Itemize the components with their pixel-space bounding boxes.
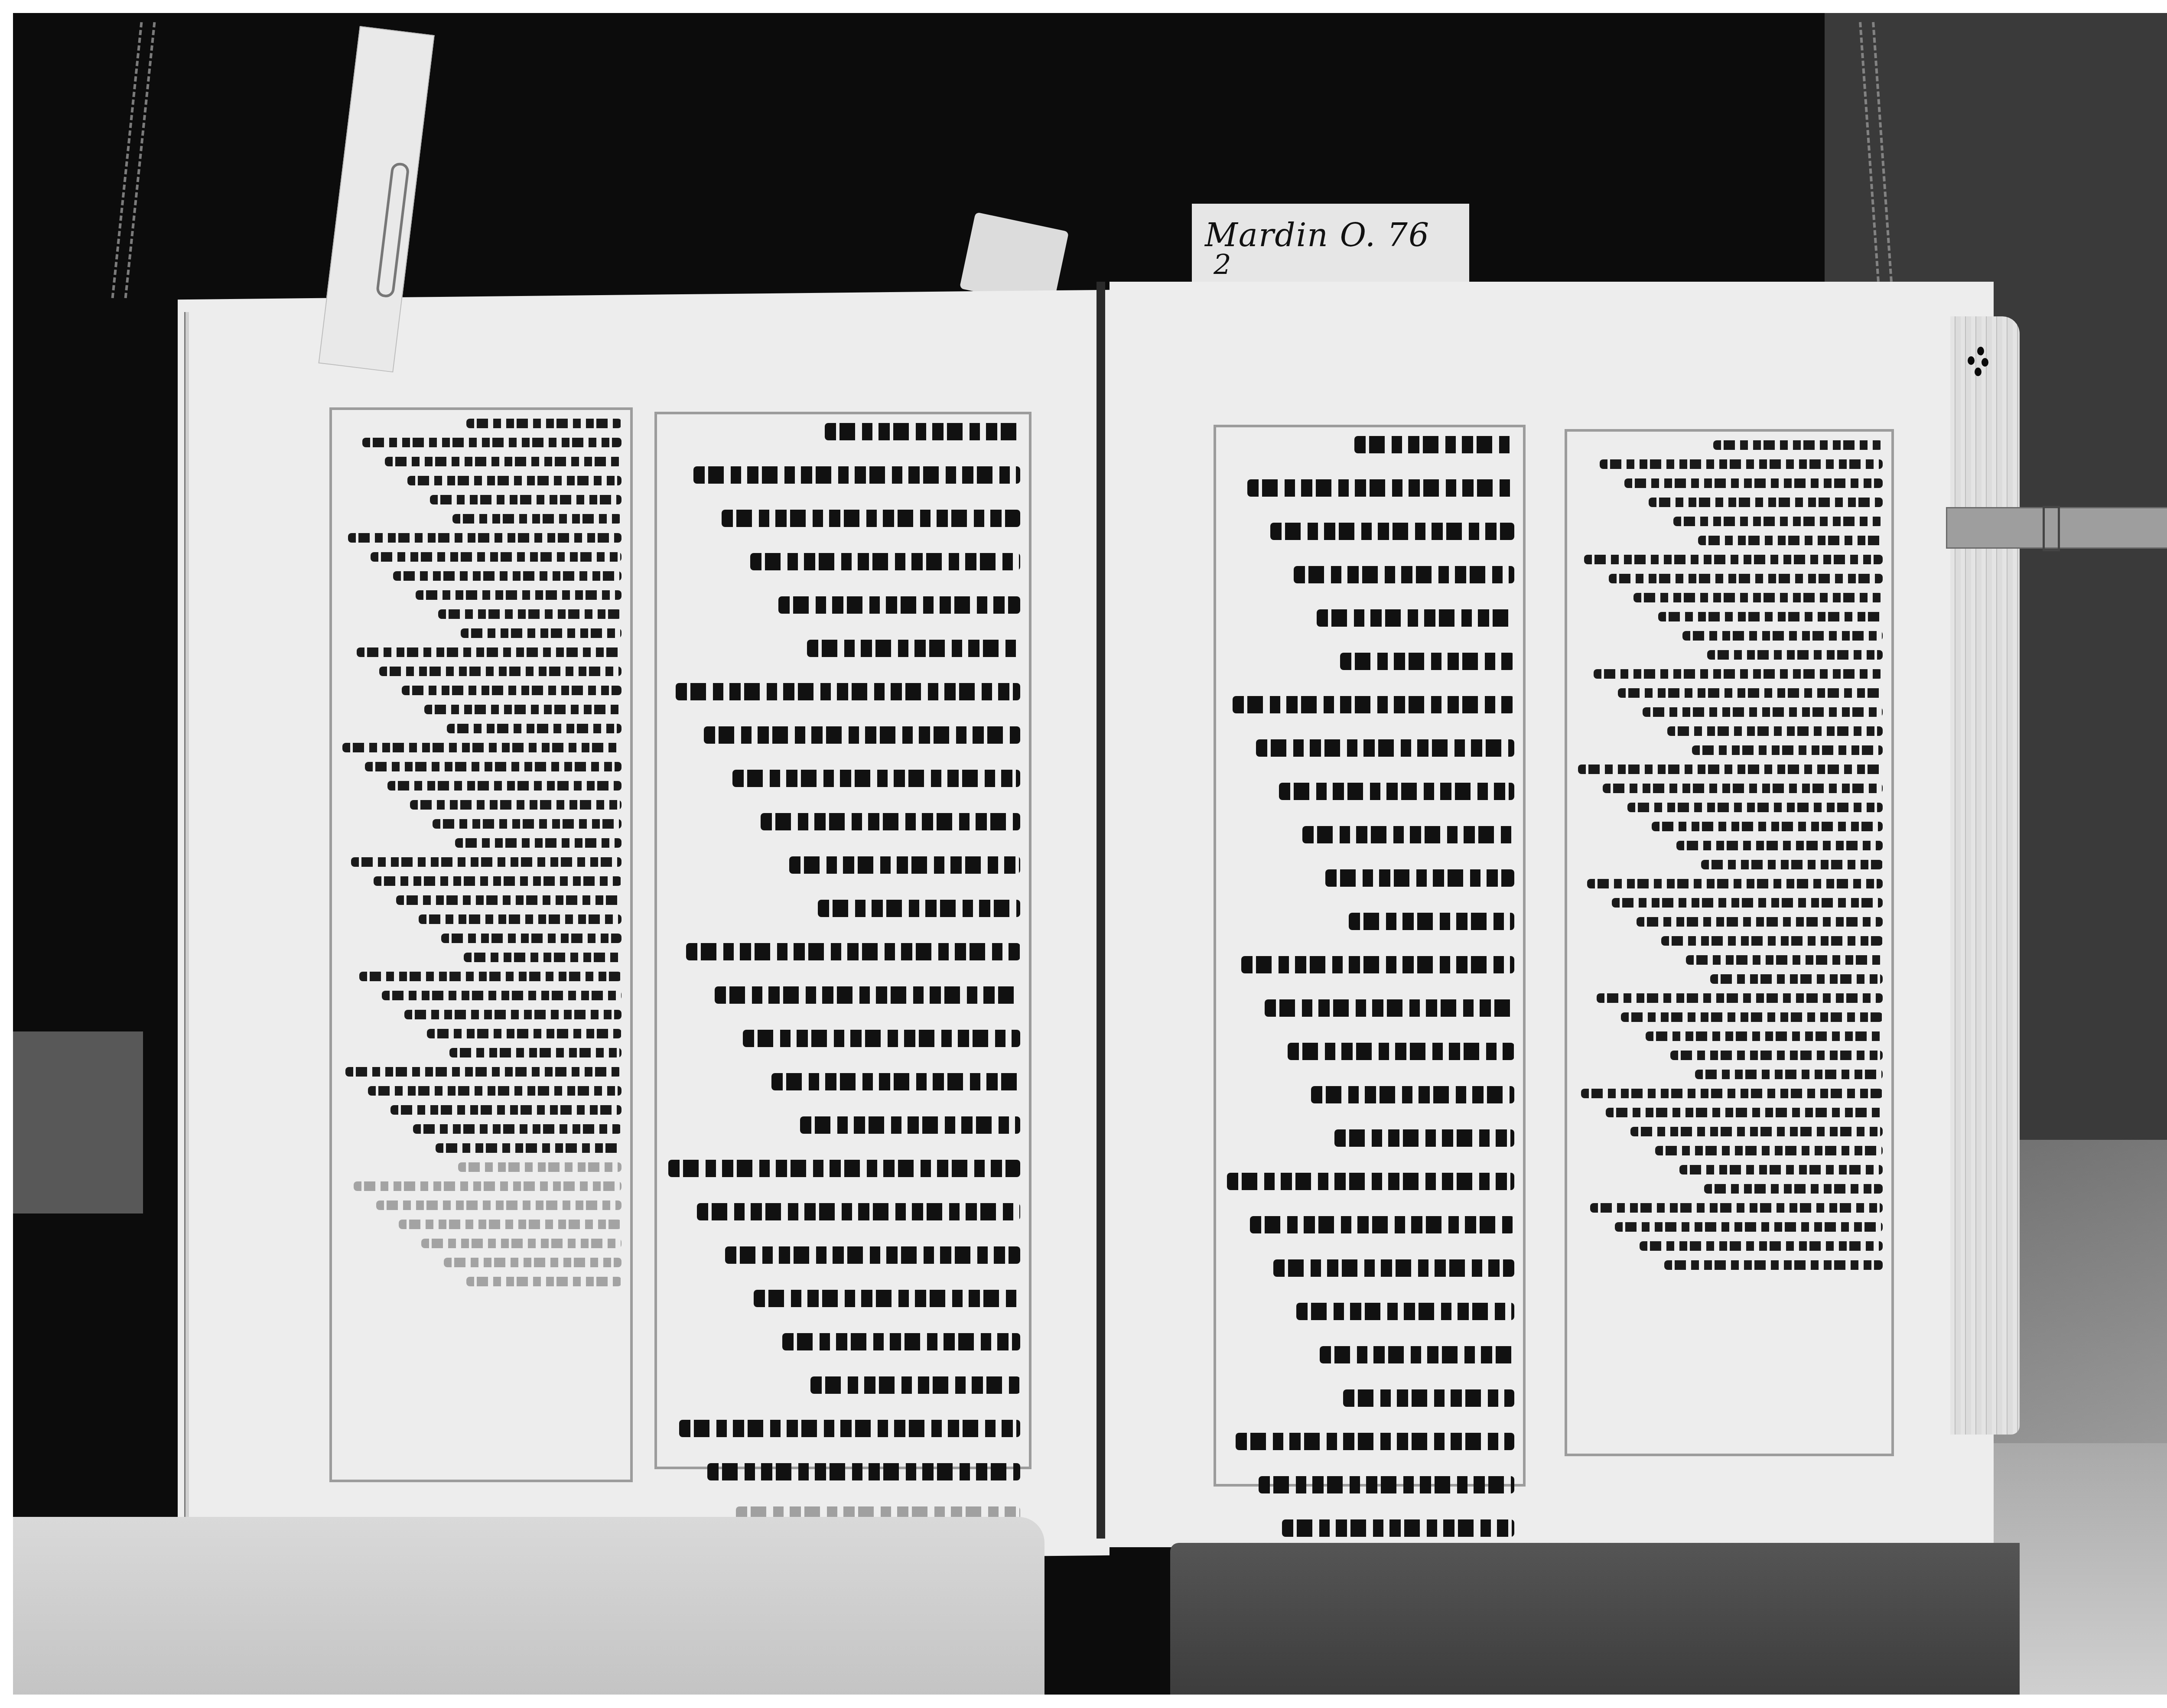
script-line <box>1633 593 1883 602</box>
script-line <box>1288 1043 1514 1060</box>
script-line <box>697 1203 1020 1220</box>
script-line <box>800 1116 1020 1134</box>
script-line <box>1646 1031 1883 1041</box>
left-page-outer-column <box>329 407 633 1482</box>
script-line <box>1695 1070 1883 1079</box>
script-line <box>1707 650 1883 660</box>
script-line <box>354 1181 621 1191</box>
script-line <box>1233 696 1514 713</box>
script-line <box>1701 860 1883 869</box>
left-page-inner-column <box>654 412 1031 1469</box>
right-page-inner-column <box>1214 425 1526 1487</box>
script-line <box>385 457 621 466</box>
photo-frame: Mardin O. 76 2 <box>13 13 2167 1695</box>
script-line <box>1349 913 1514 930</box>
script-line <box>1354 436 1514 453</box>
script-line <box>693 466 1020 484</box>
script-line <box>1256 739 1514 757</box>
script-line <box>1273 1259 1514 1277</box>
script-line <box>447 724 621 733</box>
text-lines <box>341 419 621 1296</box>
script-line <box>1692 745 1883 755</box>
script-line <box>668 1160 1020 1177</box>
script-line <box>1698 536 1883 545</box>
script-line <box>1302 826 1514 843</box>
script-line <box>365 762 621 771</box>
script-line <box>362 438 621 447</box>
page-block-edges <box>1950 316 2020 1435</box>
script-line <box>466 1277 621 1286</box>
script-line <box>433 819 621 829</box>
script-line <box>1615 1222 1883 1232</box>
script-line <box>789 856 1020 874</box>
script-line <box>1658 612 1883 621</box>
script-line <box>1627 803 1883 812</box>
script-line <box>679 1420 1020 1437</box>
script-line <box>1640 1241 1883 1251</box>
script-line <box>1581 1089 1883 1098</box>
script-line <box>464 953 621 962</box>
script-line <box>404 1010 621 1019</box>
script-line <box>676 683 1020 700</box>
script-line <box>807 640 1020 657</box>
script-line <box>410 800 621 810</box>
script-line <box>1621 1012 1883 1022</box>
script-line <box>374 876 621 886</box>
script-line <box>715 986 1020 1004</box>
script-line <box>732 770 1020 787</box>
script-line <box>818 900 1020 917</box>
script-line <box>427 1029 621 1038</box>
text-lines <box>666 423 1020 1550</box>
script-line <box>461 628 621 638</box>
script-line <box>1600 459 1883 469</box>
clothes-peg-clip-right <box>1946 507 2167 549</box>
script-line <box>725 1246 1020 1264</box>
script-line <box>393 571 621 581</box>
script-line <box>449 1048 621 1057</box>
right-page-outer-column <box>1565 429 1894 1456</box>
leather-highlight <box>13 1031 143 1213</box>
script-line <box>368 1086 621 1096</box>
script-line <box>452 514 621 524</box>
script-line <box>382 991 621 1000</box>
script-line <box>371 552 621 562</box>
manuscript-photo: Mardin O. 76 2 <box>0 0 2167 1708</box>
script-line <box>1265 999 1514 1017</box>
script-line <box>413 1124 621 1134</box>
script-line <box>778 596 1020 614</box>
script-line <box>1578 765 1883 774</box>
script-line <box>686 943 1020 960</box>
script-line <box>810 1376 1020 1394</box>
script-line <box>722 510 1020 527</box>
script-line <box>342 743 621 752</box>
script-line <box>1294 566 1514 583</box>
script-line <box>466 419 621 428</box>
script-line <box>1612 898 1883 908</box>
script-line <box>1655 1146 1883 1155</box>
script-line <box>1686 955 1883 965</box>
script-line <box>416 590 621 600</box>
script-line <box>424 705 621 714</box>
script-line <box>1704 1184 1883 1194</box>
script-line <box>1311 1086 1514 1103</box>
script-line <box>1236 1433 1514 1450</box>
script-line <box>387 781 621 791</box>
script-line <box>707 1463 1020 1480</box>
script-line <box>419 914 621 924</box>
script-line <box>1713 440 1883 450</box>
script-line <box>761 813 1020 830</box>
script-line <box>430 495 621 504</box>
script-line <box>1247 479 1514 497</box>
script-line <box>1643 707 1883 717</box>
script-line <box>1603 784 1883 793</box>
script-line <box>345 1067 621 1077</box>
text-lines <box>1576 440 1883 1279</box>
script-line <box>750 553 1020 570</box>
script-line <box>438 609 621 619</box>
script-line <box>1637 917 1883 927</box>
script-line <box>1279 783 1514 800</box>
script-line <box>1343 1389 1514 1407</box>
support-cushion-right <box>1170 1543 2020 1695</box>
script-line <box>402 686 621 695</box>
script-line <box>1584 555 1883 564</box>
script-line <box>1673 517 1883 526</box>
script-line <box>455 838 621 848</box>
script-line <box>771 1073 1020 1090</box>
script-line <box>1250 1216 1514 1233</box>
script-line <box>444 1258 621 1267</box>
script-line <box>407 476 621 485</box>
script-line <box>825 423 1020 440</box>
script-line <box>704 726 1020 744</box>
script-line <box>458 1162 621 1172</box>
script-line <box>1652 822 1883 831</box>
script-line <box>376 1200 621 1210</box>
script-line <box>1587 879 1883 888</box>
script-line <box>1320 1346 1514 1363</box>
script-line <box>1667 726 1883 736</box>
clip-spring <box>375 162 410 298</box>
script-line <box>782 1333 1020 1350</box>
script-line <box>1597 993 1883 1003</box>
support-block-left <box>13 1517 1044 1695</box>
script-line <box>357 647 621 657</box>
script-line <box>399 1220 621 1229</box>
script-line <box>421 1239 621 1248</box>
script-line <box>743 1030 1020 1047</box>
script-line <box>396 895 621 905</box>
clip-spring <box>2043 506 2060 551</box>
script-line <box>351 857 621 867</box>
script-line <box>1594 669 1883 679</box>
script-line <box>1710 974 1883 984</box>
script-line <box>1241 956 1514 973</box>
script-line <box>436 1143 621 1153</box>
script-line <box>1624 478 1883 488</box>
script-line <box>348 533 621 543</box>
script-line <box>359 972 621 981</box>
script-line <box>390 1105 621 1115</box>
script-line <box>1282 1519 1514 1537</box>
script-line <box>1270 523 1514 540</box>
script-line <box>441 934 621 943</box>
script-line <box>1317 609 1514 627</box>
script-line <box>1325 869 1514 887</box>
script-line <box>1661 936 1883 946</box>
script-line <box>1296 1303 1514 1320</box>
shelfmark-label: Mardin O. 76 2 <box>1192 204 1469 282</box>
script-line <box>1664 1260 1883 1270</box>
script-line <box>1606 1108 1883 1117</box>
shelfmark-text: Mardin O. 76 <box>1205 217 1430 254</box>
script-line <box>379 667 621 676</box>
text-lines <box>1225 436 1514 1606</box>
script-line <box>1618 688 1883 698</box>
script-line <box>1259 1476 1514 1493</box>
left-page-edge <box>184 312 189 1560</box>
script-line <box>1649 498 1883 507</box>
script-line <box>1679 1165 1883 1174</box>
script-line <box>1676 841 1883 850</box>
shelfmark-number: 2 <box>1214 249 1231 281</box>
script-line <box>1227 1173 1514 1190</box>
script-line <box>1334 1129 1514 1147</box>
script-line <box>1609 574 1883 583</box>
script-line <box>1590 1203 1883 1213</box>
four-dot-punctuation-icon <box>1968 347 1994 377</box>
script-line <box>1630 1127 1883 1136</box>
book-gutter <box>1097 282 1105 1539</box>
script-line <box>1682 631 1883 641</box>
script-line <box>1340 653 1514 670</box>
script-line <box>1670 1051 1883 1060</box>
script-line <box>754 1290 1020 1307</box>
